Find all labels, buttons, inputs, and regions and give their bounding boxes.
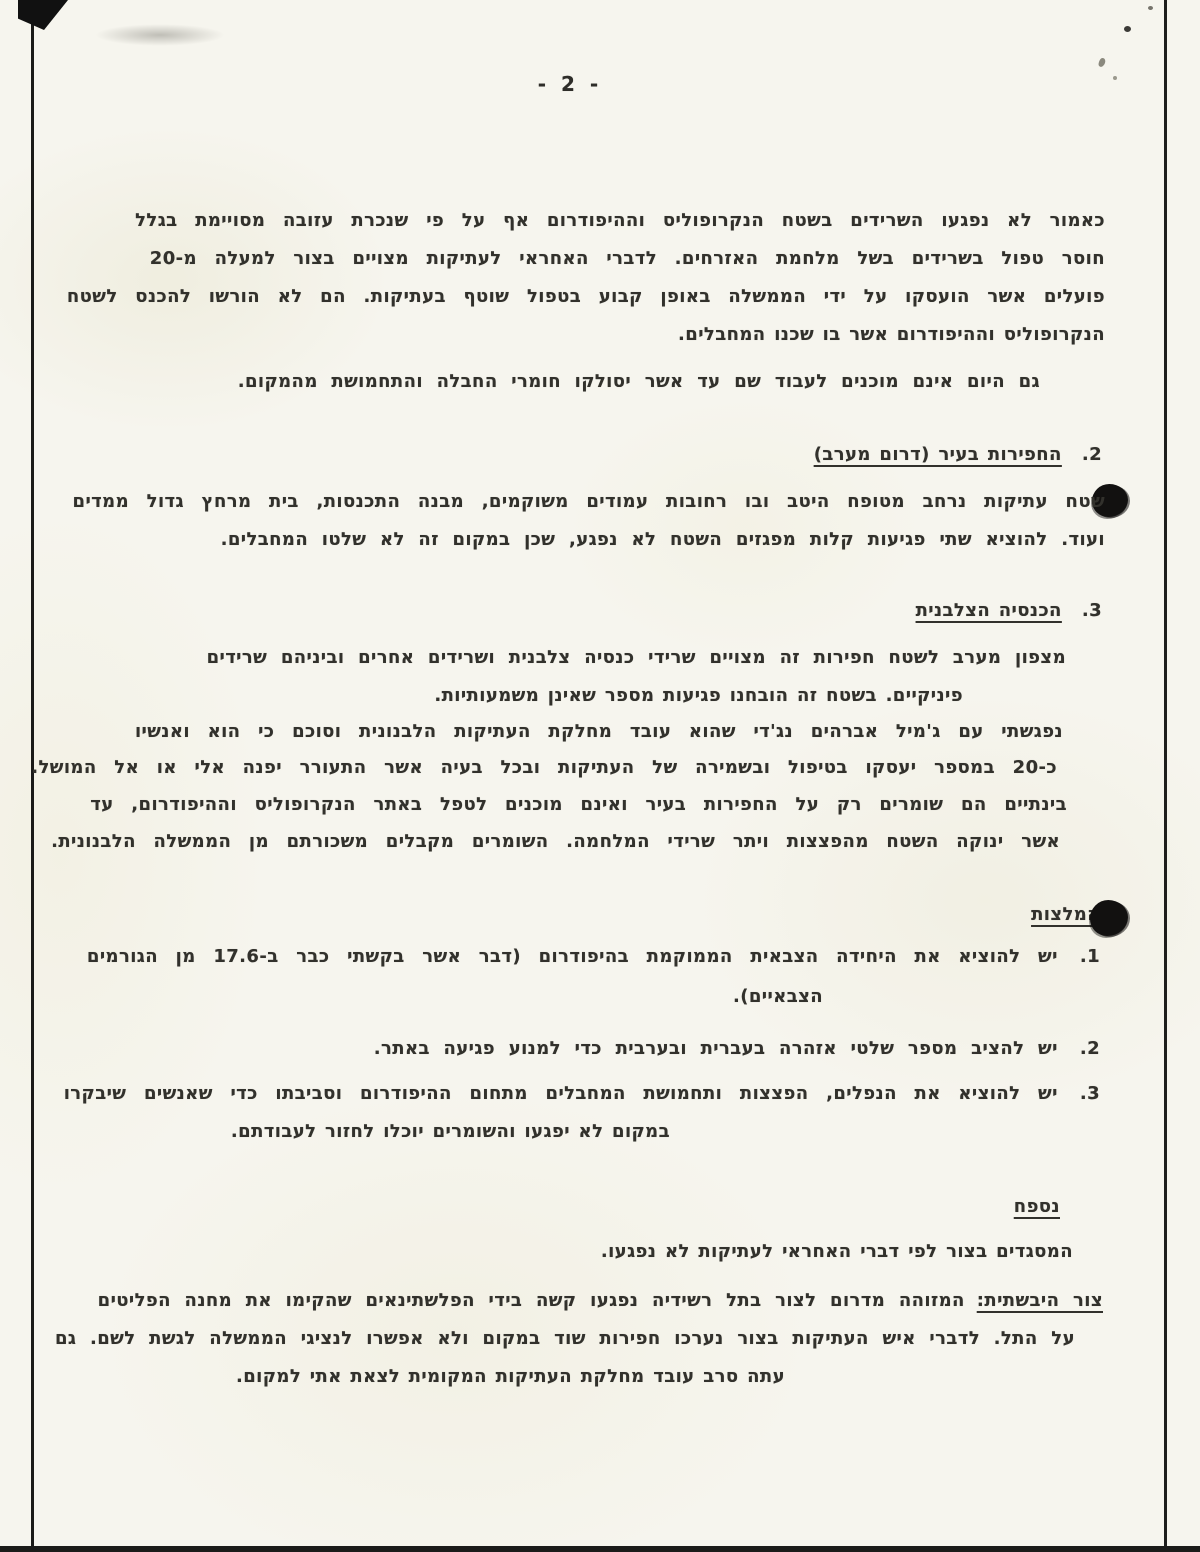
section-3-heading: 3.הכנסיה הצלבנית: [916, 600, 1102, 621]
appendix-title: נספח: [1014, 1196, 1060, 1217]
recommendation-item-2: 2.יש להציב מספר שלטי אזהרה בעברית ובערבי…: [374, 1038, 1100, 1059]
recommendation-item-3: 3.יש להוציא את הנפלים, הפצצות ותחמושת המ…: [64, 1083, 1100, 1104]
speck-mark: [1113, 76, 1117, 80]
speck-mark: [1148, 6, 1153, 10]
appendix-line: המסגדים בצור לפי דברי האחראי לעתיקות לא …: [601, 1241, 1073, 1262]
section-2-line: ועוד. להוציא שתי פגיעות קלות מפגזים השטח…: [221, 529, 1105, 550]
tyre-mainland-line-1: צור היבשתית:המזוהה מדרום לצור בתל רשידיה…: [98, 1290, 1103, 1311]
item-1-text: יש להוציא את היחידה הצבאית הממוקמת בהיפו…: [87, 946, 1058, 967]
item-1-number: 1.: [1080, 946, 1100, 967]
corner-ink-mark: [18, 0, 68, 30]
section-3-para2-line: נפגשתי עם ג'מיל אברהים נג'די שהוא עובד מ…: [135, 721, 1063, 742]
scanned-document-page: - 2 - כאמור לא נפגעו השרידים בשטח הנקרופ…: [0, 0, 1200, 1552]
section-3-line: פיניקיים. בשטח זה הובחנו פגיעות מספר שאי…: [434, 685, 963, 706]
tyre-mainland-line-3: עתה סרב עובד מחלקת העתיקות המקומית לצאת …: [236, 1366, 785, 1387]
scan-border-bottom: [0, 1546, 1200, 1552]
item-3-number: 3.: [1080, 1083, 1100, 1104]
page-number: - 2 -: [500, 72, 640, 96]
section-3-para2-line: אשר ינוקה השטח מהפצצות ויתר שרידי המלחמה…: [51, 831, 1060, 852]
recommendation-item-3-cont: במקום לא יפגעו והשומרים יוכלו לחזור לעבו…: [231, 1121, 670, 1142]
tyre-mainland-line-2: על התל. לדברי איש העתיקות בצור נערכו חפי…: [55, 1328, 1075, 1349]
item-2-number: 2.: [1080, 1038, 1100, 1059]
section-2-heading: 2.החפירות בעיר (דרום מערב): [814, 444, 1102, 465]
recommendation-item-1-cont: הצבאיים).: [733, 986, 823, 1007]
section-3-line: מצפון מערב לשטח חפירות זה מצויים שרידי כ…: [207, 647, 1066, 668]
section-3-number: 3.: [1082, 600, 1102, 621]
ink-blot: [1090, 900, 1128, 936]
speck-mark: [1124, 26, 1131, 32]
section-2-line: שטח עתיקות נרחב מטופח היטב ובו רחובות עמ…: [73, 491, 1105, 512]
intro-paragraph-2: גם היום אינם מוכנים לעבוד שם עד אשר יסול…: [238, 371, 1040, 392]
tyre-mainland-text: המזוהה מדרום לצור בתל רשידיה נפגעו קשה ב…: [98, 1290, 965, 1311]
intro-line: חוסר טפול בשרידים בשל מלחמת האזרחים. לדב…: [150, 248, 1105, 269]
recommendation-item-1: 1.יש להוציא את היחידה הצבאית הממוקמת בהי…: [87, 946, 1100, 967]
intro-line: הנקרופוליס וההיפודרום אשר בו שכנו המחבלי…: [678, 324, 1105, 345]
section-2-title: החפירות בעיר (דרום מערב): [814, 444, 1062, 465]
section-3-para2-line: כ-20 במספר יעסקו בטיפול ובשמירה של העתיק…: [31, 757, 1057, 778]
scan-border-right: [1164, 0, 1167, 1552]
section-2-number: 2.: [1082, 444, 1102, 465]
item-2-text: יש להציב מספר שלטי אזהרה בעברית ובערבית …: [374, 1038, 1058, 1059]
intro-line: פועלים אשר הועסקו על ידי הממשלה באופן קב…: [67, 286, 1105, 307]
section-3-para2-line: בינתיים הם שומרים רק על החפירות בעיר ואי…: [90, 794, 1067, 815]
section-3-title: הכנסיה הצלבנית: [916, 600, 1062, 621]
tyre-mainland-label: צור היבשתית:: [977, 1290, 1103, 1311]
item-3-text: יש להוציא את הנפלים, הפצצות ותחמושת המחב…: [64, 1083, 1058, 1104]
top-smudge: [95, 24, 225, 46]
speck-mark: [1098, 57, 1106, 67]
intro-line: כאמור לא נפגעו השרידים בשטח הנקרופוליס ו…: [135, 210, 1105, 231]
